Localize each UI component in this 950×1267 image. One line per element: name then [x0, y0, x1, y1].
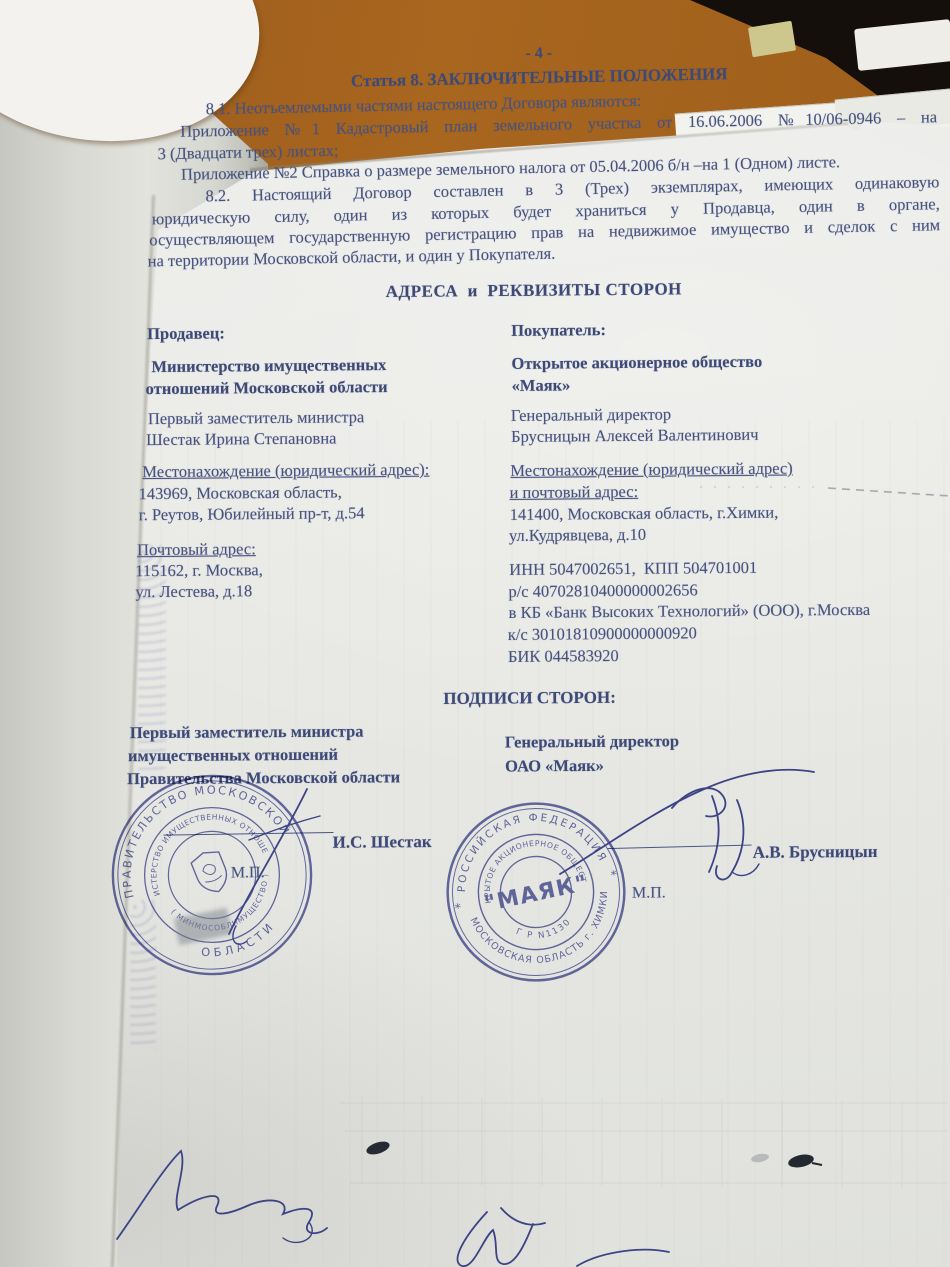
seller-pen-signature: [229, 789, 320, 944]
handwritten-ink-layer: [0, 0, 950, 1267]
show-through-grid: [340, 1096, 948, 1188]
fold-crease: [700, 487, 950, 496]
bottom-left-signature: [117, 1151, 327, 1242]
ink-blots: [365, 1139, 822, 1170]
bottom-center-signature: [457, 1208, 545, 1266]
bottom-right-signature: [577, 1250, 669, 1266]
photo-of-contract-page: - 4 - Статья 8. ЗАКЛЮЧИТЕЛЬНЫЕ ПОЛОЖЕНИЯ…: [0, 0, 950, 1267]
buyer-pen-signature: [560, 770, 814, 880]
